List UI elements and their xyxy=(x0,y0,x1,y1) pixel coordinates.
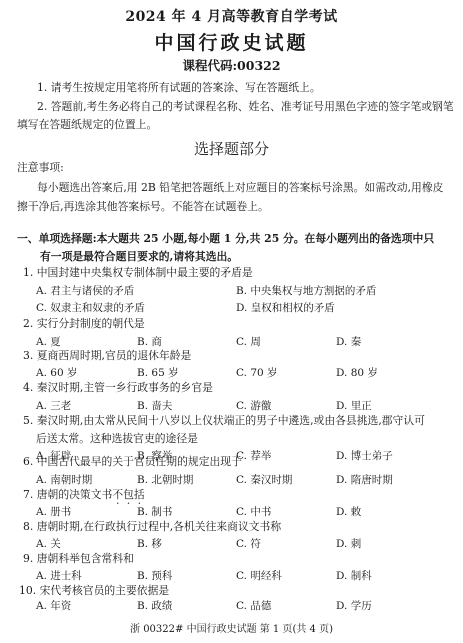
option-d: D. 敕 xyxy=(336,504,361,519)
instruction-2: 2. 答题前,考生务必将自己的考试课程名称、姓名、准考证号用黑色字迹的签字笔或钢… xyxy=(37,99,454,114)
exam-session-line: 2024 年 4 月高等教育自学考试 xyxy=(0,6,463,26)
option-c: C. 符 xyxy=(236,536,261,551)
option-b: B. 北朝时期 xyxy=(137,472,193,487)
option-d: D. 学历 xyxy=(336,598,372,613)
option-c: C. 奴隶主和奴隶的矛盾 xyxy=(36,300,145,315)
course-code: 课程代码:00322 xyxy=(0,56,463,74)
emphasized-keyword: 不包括 xyxy=(112,488,144,501)
option-d: D. 皇权和相权的矛盾 xyxy=(236,300,335,315)
option-c: C. 70 岁 xyxy=(236,365,278,380)
option-d: D. 隋唐时期 xyxy=(336,472,393,487)
option-b: B. 移 xyxy=(137,536,162,551)
section-title: 选择题部分 xyxy=(0,138,463,159)
question-stem: 秦汉时期,由太常从民间十八岁以上仪状端正的男子中遴选,或由各县挑选,郡守认可 xyxy=(37,414,425,427)
question-stem-cont: 后送太常。这种选拔官吏的途径是 xyxy=(36,431,198,446)
question-number: 7. xyxy=(23,488,33,501)
part1-heading-cont: 有一项是最符合题目要求的,请将其选出。 xyxy=(40,249,238,264)
page-footer: 浙 00322# 中国行政史试题 第 1 页(共 4 页) xyxy=(0,620,463,635)
question-stem: 唐朝时期,在行政执行过程中,各机关往来商议文书称 xyxy=(37,520,281,533)
question-number: 8. xyxy=(23,520,33,533)
notice-line-2: 擦干净后,再选涂其他答案标号。不能答在试题卷上。 xyxy=(17,199,269,214)
option-c: C. 明经科 xyxy=(236,568,282,583)
option-d: D. 制科 xyxy=(336,568,372,583)
option-a: A. 册书 xyxy=(36,504,71,519)
option-a: A. 进士科 xyxy=(36,568,82,583)
part1-heading: 一、单项选择题:本大题共 25 小题,每小题 1 分,共 25 分。在每小题列出… xyxy=(17,231,434,246)
option-c: C. 秦汉时期 xyxy=(236,472,292,487)
option-c: C. 品德 xyxy=(236,598,271,613)
option-c: C. 中书 xyxy=(236,504,271,519)
question-number: 1. xyxy=(23,266,33,279)
option-b: B. 中央集权与地方割据的矛盾 xyxy=(236,283,376,298)
question-stem: 唐朝科举包含常科和 xyxy=(37,552,134,565)
option-b: B. 商 xyxy=(137,334,162,349)
option-a: A. 关 xyxy=(36,536,61,551)
option-b: B. 制书 xyxy=(137,504,172,519)
option-a: A. 夏 xyxy=(36,334,61,349)
option-a: A. 三老 xyxy=(36,398,71,413)
question-number: 3. xyxy=(23,349,33,362)
option-b: B. 政绩 xyxy=(137,598,172,613)
option-d: D. 博士弟子 xyxy=(336,448,393,463)
notice-line-1: 每小题选出答案后,用 2B 铅笔把答题纸上对应题目的答案标号涂黑。如需改动,用橡… xyxy=(37,180,443,195)
question-number: 10. xyxy=(19,584,36,597)
option-d: D. 里正 xyxy=(336,398,372,413)
question-stem: 中国古代最早的关于官员任期的规定出现于 xyxy=(37,455,242,468)
option-b: B. 预科 xyxy=(137,568,172,583)
option-d: D. 刺 xyxy=(336,536,361,551)
question-number: 9. xyxy=(23,552,33,565)
question-stem: 中国封建中央集权专制体制中最主要的矛盾是 xyxy=(37,266,253,279)
option-d: D. 80 岁 xyxy=(336,365,378,380)
question-number: 6. xyxy=(23,455,33,468)
option-b: B. 65 岁 xyxy=(137,365,179,380)
option-c: C. 周 xyxy=(236,334,261,349)
question-stem: 唐朝的决策文书 xyxy=(37,488,113,501)
option-a: A. 君主与诸侯的矛盾 xyxy=(36,283,134,298)
question-number: 2. xyxy=(23,317,33,330)
question-stem: 宋代考核官员的主要依据是 xyxy=(40,584,170,597)
exam-title: 中国行政史试题 xyxy=(0,28,463,55)
question-stem: 秦汉时期,主管一乡行政事务的乡官是 xyxy=(37,381,213,394)
question-stem: 实行分封制度的朝代是 xyxy=(37,317,145,330)
option-b: B. 啬夫 xyxy=(137,398,172,413)
option-a: A. 南朝时期 xyxy=(36,472,92,487)
notice-label: 注意事项: xyxy=(17,160,64,175)
option-c: C. 游徼 xyxy=(236,398,271,413)
question-stem: 夏商西周时期,官员的退休年龄是 xyxy=(37,349,192,362)
instruction-2-cont: 填写在答题纸规定的位置上。 xyxy=(17,117,157,132)
question-number: 5. xyxy=(23,414,33,427)
option-d: D. 秦 xyxy=(336,334,361,349)
instruction-1: 1. 请考生按规定用笔将所有试题的答案涂、写在答题纸上。 xyxy=(37,80,321,95)
option-a: A. 年资 xyxy=(36,598,71,613)
question-number: 4. xyxy=(23,381,33,394)
option-a: A. 60 岁 xyxy=(36,365,77,380)
